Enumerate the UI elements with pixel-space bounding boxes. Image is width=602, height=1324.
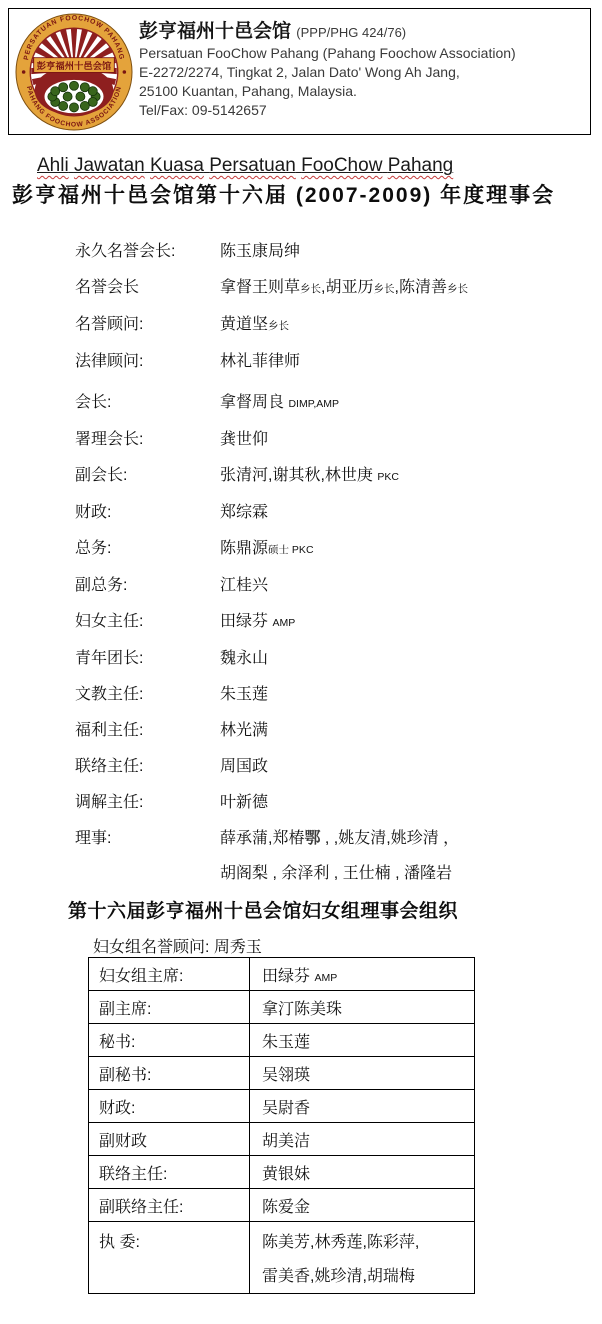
role-label: 福利主任:: [75, 721, 220, 741]
title-word: Jawatan: [74, 155, 145, 176]
committee-row: 署理会长:龚世仰: [75, 430, 590, 450]
member-names: 陈爱金: [250, 1189, 475, 1222]
role-label: 永久名誉会长:: [75, 242, 220, 262]
document-title-chinese: 彭亨福州十邑会馆第十六届 (2007-2009) 年度理事会: [12, 179, 555, 209]
member-names: 田绿芬 AMP: [220, 612, 295, 633]
role-label: 副主席:: [89, 991, 250, 1024]
role-label: 财政:: [89, 1090, 250, 1123]
name-segment: 乡长: [300, 283, 321, 295]
role-label: 副会长:: [75, 466, 220, 486]
committee-row: 副会长:张清河,谢其秋,林世庚 PKC: [75, 466, 590, 487]
role-label: 名誉会长: [75, 278, 220, 298]
name-segment: 周国政: [220, 758, 268, 775]
member-names: 周国政: [220, 757, 268, 777]
member-names: 陈鼎源硕士 PKC: [220, 539, 314, 560]
member-names: 黄道坚乡长: [220, 315, 289, 336]
committee-row: 福利主任:林光满: [75, 721, 590, 741]
role-label: 文教主任:: [75, 685, 220, 705]
member-names: 拿督周良 DIMP,AMP: [220, 393, 339, 414]
title-word: Pahang: [388, 155, 454, 176]
seal-right-dot: [123, 70, 127, 74]
women-group-table: 妇女组主席:田绿芬 AMP副主席:拿汀陈美珠秘书:朱玉莲副秘书:吴翎瑛财政:吴尉…: [88, 957, 475, 1294]
member-names: 黄银妹: [250, 1156, 475, 1189]
member-names: 朱玉莲: [220, 685, 268, 705]
name-segment: 拿督周良: [220, 394, 288, 411]
committee-row: 妇女主任:田绿芬 AMP: [75, 612, 590, 633]
member-names: 龚世仰: [220, 430, 268, 450]
table-row: 副联络主任:陈爱金: [89, 1189, 475, 1222]
name-segment: 江桂兴: [220, 577, 268, 594]
wreath-leaf: [59, 83, 68, 92]
member-names: 林光满: [220, 721, 268, 741]
role-label: 妇女主任:: [75, 612, 220, 632]
name-segment: 陈鼎源: [220, 540, 268, 557]
committee-row: 会长:拿督周良 DIMP,AMP: [75, 393, 590, 414]
name-segment: 郑综霖: [220, 504, 268, 521]
title-word: Kuasa: [150, 155, 204, 176]
member-names: 陈玉康局绅: [220, 242, 300, 262]
name-segment: 林光满: [220, 722, 268, 739]
role-label: 执 委:: [89, 1222, 250, 1294]
name-segment: 陈爱金: [262, 1199, 310, 1216]
member-names: 郑综霖: [220, 503, 268, 523]
role-label: 署理会长:: [75, 430, 220, 450]
letterhead-text: 彭亨福州十邑会馆 (PPP/PHG 424/76) Persatuan FooC…: [139, 21, 584, 120]
member-names: 江桂兴: [220, 576, 268, 596]
name-segment: 林礼菲律师: [220, 353, 300, 370]
member-names: 吴翎瑛: [250, 1057, 475, 1090]
value-line2: 胡阁梨 , 余泽利 , 王仕楠 , 潘隆岩: [220, 864, 459, 884]
member-names: 拿汀陈美珠: [250, 991, 475, 1024]
name-segment: 乡长: [268, 320, 289, 332]
name-segment: AMP: [314, 972, 337, 984]
name-segment: 吴翎瑛: [262, 1067, 310, 1084]
name-segment: 雷美香,姚珍清,胡瑞梅: [262, 1268, 415, 1285]
women-group-heading: 第十六届彭亨福州十邑会馆妇女组理事会组织: [68, 896, 458, 923]
name-segment: 龚世仰: [220, 431, 268, 448]
name-segment: PKC: [377, 471, 399, 483]
org-name-line: 彭亨福州十邑会馆 (PPP/PHG 424/76): [139, 21, 584, 44]
seal-logo-graphic: 彭亨福州十邑会馆 PERSATUAN FOOCHOW PAHANG PAHANG…: [15, 13, 133, 131]
role-label: 理事:: [75, 829, 220, 849]
committee-row: 调解主任:叶新德: [75, 793, 590, 813]
title-word: FooChow: [301, 155, 382, 176]
member-names: 朱玉莲: [250, 1024, 475, 1057]
name-segment: 黄银妹: [262, 1166, 310, 1183]
table-row: 副主席:拿汀陈美珠: [89, 991, 475, 1024]
committee-row: 名誉顾问:黄道坚乡长: [75, 315, 590, 336]
member-names: 拿督王则草乡长,胡亚历乡长,陈清善乡长: [220, 278, 468, 299]
table-row: 联络主任:黄银妹: [89, 1156, 475, 1189]
wreath-leaf: [69, 81, 78, 90]
member-names: 薛承蒲,郑椿鄂 , ,姚友清,姚珍清 ，胡阁梨 , 余泽利 , 王仕楠 , 潘隆…: [220, 829, 459, 884]
table-row: 副秘书:吴翎瑛: [89, 1057, 475, 1090]
name-segment: 朱玉莲: [262, 1034, 310, 1051]
member-names: 胡美洁: [250, 1123, 475, 1156]
name-segment: , ,姚友清,姚珍清 ，: [320, 830, 459, 847]
role-label: 会长:: [75, 393, 220, 413]
women-group-advisor: 妇女组名誉顾问: 周秀玉: [93, 934, 262, 957]
wreath-leaf: [88, 87, 97, 96]
org-address-line1: E-2272/2274, Tingkat 2, Jalan Dato' Wong…: [139, 63, 584, 82]
role-label: 副财政: [89, 1123, 250, 1156]
wreath-leaf: [80, 101, 89, 110]
member-names: 魏永山: [220, 649, 268, 669]
name-segment: 陈清善: [399, 279, 447, 296]
committee-list: 永久名誉会长:陈玉康局绅名誉会长拿督王则草乡长,胡亚历乡长,陈清善乡长名誉顾问:…: [75, 242, 590, 900]
role-label: 青年团长:: [75, 649, 220, 669]
org-name-zh: 彭亨福州十邑会馆: [139, 21, 291, 42]
role-label: 名誉顾问:: [75, 315, 220, 335]
document-title-malay: Ahli Jawatan Kuasa Persatuan FooChow Pah…: [37, 155, 453, 177]
name-segment: 胡美洁: [262, 1133, 310, 1150]
role-label: 联络主任:: [89, 1156, 250, 1189]
committee-row: 财政:郑综霖: [75, 503, 590, 523]
org-name-en: Persatuan FooChow Pahang (Pahang Foochow…: [139, 44, 584, 63]
name-segment: 拿督王则草: [220, 279, 300, 296]
wreath-leaf: [63, 92, 72, 101]
name-segment: AMP: [272, 617, 295, 629]
name-segment: 陈美芳,林秀莲,陈彩萍,: [262, 1234, 419, 1251]
member-names: 叶新德: [220, 793, 268, 813]
org-registration-number: (PPP/PHG 424/76): [296, 25, 406, 40]
wreath-leaf: [76, 92, 85, 101]
role-label: 财政:: [75, 503, 220, 523]
name-segment: 朱玉莲: [220, 686, 268, 703]
name-segment: 黄道坚: [220, 316, 268, 333]
wreath-leaf: [69, 103, 78, 112]
role-label: 副秘书:: [89, 1057, 250, 1090]
table-row: 财政:吴尉香: [89, 1090, 475, 1123]
letterhead-box: 彭亨福州十邑会馆 PERSATUAN FOOCHOW PAHANG PAHANG…: [8, 8, 591, 135]
committee-row: 青年团长:魏永山: [75, 649, 590, 669]
role-label: 妇女组主席:: [89, 958, 250, 991]
committee-row: 联络主任:周国政: [75, 757, 590, 777]
role-label: 秘书:: [89, 1024, 250, 1057]
committee-row: 永久名誉会长:陈玉康局绅: [75, 242, 590, 262]
table-row: 秘书:朱玉莲: [89, 1024, 475, 1057]
name-segment: 胡阁梨 , 余泽利 , 王仕楠 , 潘隆岩: [220, 865, 452, 882]
name-segment: 吴尉香: [262, 1100, 310, 1117]
committee-row: 副总务:江桂兴: [75, 576, 590, 596]
member-names: 陈美芳,林秀莲,陈彩萍,雷美香,姚珍清,胡瑞梅: [250, 1222, 475, 1294]
name-segment: 硕士 PKC: [268, 544, 314, 556]
name-segment: 薛承蒲,郑椿: [220, 830, 304, 847]
org-address-line2: 25100 Kuantan, Pahang, Malaysia.: [139, 82, 584, 101]
role-label: 调解主任:: [75, 793, 220, 813]
title-word: Ahli: [37, 155, 69, 176]
committee-row: 文教主任:朱玉莲: [75, 685, 590, 705]
committee-row: 总务:陈鼎源硕士 PKC: [75, 539, 590, 560]
committee-row: 理事:薛承蒲,郑椿鄂 , ,姚友清,姚珍清 ，胡阁梨 , 余泽利 , 王仕楠 ,…: [75, 829, 590, 884]
association-seal-logo: 彭亨福州十邑会馆 PERSATUAN FOOCHOW PAHANG PAHANG…: [15, 13, 133, 131]
name-segment: 胡亚历: [325, 279, 373, 296]
member-names: 林礼菲律师: [220, 352, 300, 372]
document-page: { "header": { "org_name_zh": "彭亨福州十邑会馆",…: [0, 0, 602, 1324]
role-label: 总务:: [75, 539, 220, 559]
committee-row: 法律顾问:林礼菲律师: [75, 352, 590, 372]
member-names: 吴尉香: [250, 1090, 475, 1123]
seal-left-dot: [22, 70, 26, 74]
title-word: Persatuan: [209, 155, 296, 176]
seal-banner-text: 彭亨福州十邑会馆: [37, 60, 112, 71]
role-label: 副联络主任:: [89, 1189, 250, 1222]
role-label: 联络主任:: [75, 757, 220, 777]
table-row: 妇女组主席:田绿芬 AMP: [89, 958, 475, 991]
name-segment: 乡长: [447, 283, 468, 295]
table-row: 执 委:陈美芳,林秀莲,陈彩萍,雷美香,姚珍清,胡瑞梅: [89, 1222, 475, 1294]
value-line2: 雷美香,姚珍清,胡瑞梅: [262, 1263, 470, 1286]
name-segment: 陈玉康局绅: [220, 243, 300, 260]
name-segment: 张清河,谢其秋,林世庚: [220, 467, 377, 484]
name-segment: 拿汀陈美珠: [262, 1001, 342, 1018]
name-segment: 鄂: [304, 830, 320, 847]
table-row: 副财政胡美洁: [89, 1123, 475, 1156]
name-segment: 魏永山: [220, 650, 268, 667]
name-segment: DIMP,AMP: [288, 398, 339, 410]
name-segment: 乡长: [373, 283, 394, 295]
member-names: 张清河,谢其秋,林世庚 PKC: [220, 466, 399, 487]
name-segment: 田绿芬: [220, 613, 272, 630]
name-segment: 叶新德: [220, 794, 268, 811]
name-segment: 田绿芬: [262, 968, 314, 985]
role-label: 法律顾问:: [75, 352, 220, 372]
role-label: 副总务:: [75, 576, 220, 596]
committee-row: 名誉会长拿督王则草乡长,胡亚历乡长,陈清善乡长: [75, 278, 590, 299]
org-telfax: Tel/Fax: 09-5142657: [139, 101, 584, 120]
member-names: 田绿芬 AMP: [250, 958, 475, 991]
